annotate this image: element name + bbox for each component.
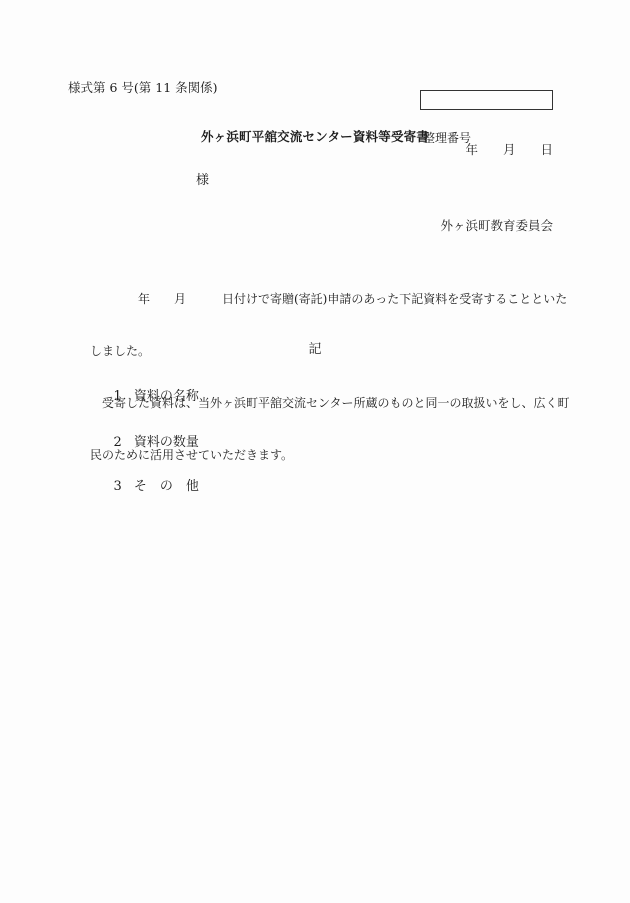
item-label: 資料の数量 (134, 435, 199, 450)
form-number: 様式第 6 号(第 11 条関係) (68, 78, 218, 96)
document-page: 様式第 6 号(第 11 条関係) 整理番号 外ヶ浜町平舘交流センター資料等受寄… (0, 0, 630, 903)
list-item-material-quantity: 2資料の数量 (97, 416, 199, 465)
item-number: 1 (114, 389, 122, 404)
issuer-name: 外ヶ浜町教育委員会 (440, 216, 553, 234)
reference-number-box: 整理番号 (420, 90, 553, 110)
item-number: 3 (114, 479, 122, 494)
item-label: 資料の名称 (134, 389, 199, 404)
list-item-material-name: 1資料の名称 (97, 370, 199, 419)
item-number: 2 (114, 435, 122, 450)
addressee-honorific: 様 (196, 169, 209, 188)
list-marker-ki: 記 (0, 338, 630, 357)
body-line-1: 年 月 日付けで寄贈(寄託)申請のあった下記資料を受寄することといた (90, 291, 574, 308)
date-line: 年 月 日 (465, 140, 553, 158)
list-item-other: 3そ の 他 (97, 460, 199, 509)
item-label: そ の 他 (134, 479, 199, 494)
